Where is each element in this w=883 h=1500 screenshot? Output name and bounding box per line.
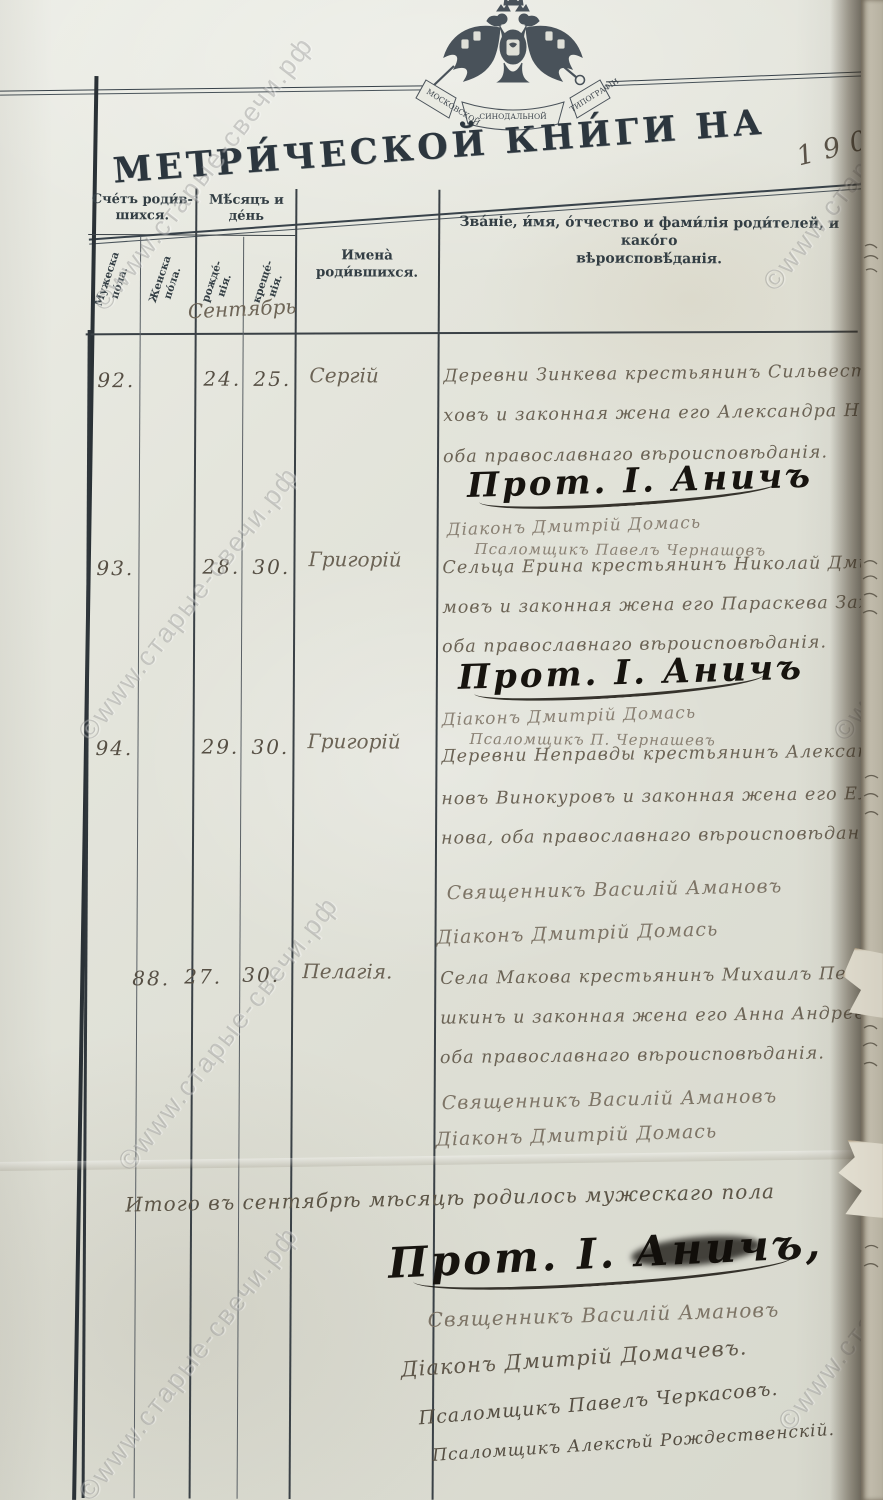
male-count-cell: 93. [96, 556, 134, 580]
birth-day-cell: 29. [201, 735, 239, 759]
column-line [134, 330, 141, 1498]
parents-text: шкинъ и законная жена его Анна Андреев- [440, 1003, 883, 1028]
summary-signature: Псаломщикъ Алексѣй Рождественскій. [432, 1420, 836, 1466]
baptism-day-cell: 30. [251, 735, 289, 759]
col-male: Мужеска по́ла. [91, 247, 136, 316]
handwriting-fragment [862, 555, 880, 625]
col-names: Имена̀ роди́вшихся. [298, 247, 436, 281]
baptism-day-cell: 30. [252, 555, 290, 579]
col-group-births-count: Сче́тъ роди́в-шихся. [90, 192, 194, 225]
book-gutter-shadow [830, 0, 863, 1500]
parents-text: Села Макова крестьянинъ Михаилъ Петровъ- [440, 963, 883, 989]
birth-day-cell: 24. [203, 367, 241, 391]
parents-text: нова, оба православнаго вѣроисповѣданія. [441, 823, 883, 848]
male-count-cell: 94. [95, 736, 133, 760]
col-group-month-day: Мѣ́сяцъ и де́нь [198, 193, 294, 226]
handwriting-fragment [862, 1020, 880, 1080]
top-rule-left [0, 85, 424, 95]
baptism-day-cell: 25. [253, 367, 291, 391]
metrical-book-page-photo: МОСКОВСКОЙ СИНОДАЛЬНОЙ ТИПОГРАФІИ МЕТРИ́… [0, 0, 883, 1500]
child-name-cell: Григорій [307, 729, 400, 753]
handwriting-fragment [863, 770, 881, 830]
summary-signature: Псаломщикъ Павелъ Черкасовъ. [418, 1378, 779, 1429]
deacon-signature: Діаконъ Дмитрій Домась [441, 703, 696, 731]
parents-text: Деревни Зинкева крестьянинъ Сильвестръ П… [443, 360, 883, 386]
header-group-separator [88, 234, 295, 236]
child-name-cell: Сергій [309, 363, 378, 387]
column-line [289, 331, 297, 1499]
baptism-day-cell: 30. [242, 963, 280, 987]
handwriting-fragment [863, 240, 881, 280]
column-line [237, 331, 244, 1499]
child-name-cell: Пелагія. [302, 959, 392, 983]
month-annotation: Сентябрь [187, 294, 296, 323]
birth-day-cell: 28. [202, 555, 240, 579]
summary-totals-line: Итого въ сентябрѣ мѣсяцѣ родилось мужеск… [125, 1179, 775, 1217]
facing-page-sliver [861, 0, 883, 1500]
handwriting-fragment [863, 1240, 881, 1280]
parents-text: новъ Винокуровъ и законная жена его Елис… [441, 783, 883, 809]
col-female: Женска по́ла. [144, 247, 189, 316]
column-line [189, 331, 197, 1499]
header-divider [140, 236, 141, 330]
register-table: Сче́тъ роди́в-шихся. Мѣ́сяцъ и де́нь Муж… [82, 188, 871, 1500]
summary-priest-signature: Прот. І. Аничъ, [387, 1218, 824, 1287]
parents-text: мовъ и законная жена его Параскева Захар… [442, 592, 883, 618]
header-divider [438, 190, 441, 332]
summary-signature: Діаконъ Дмитрій Домачевъ. [400, 1335, 748, 1381]
col-parents-line2: вѣроисповѣ́данія. [442, 250, 856, 270]
parents-text: оба православнаго вѣроисповѣданія. [440, 1043, 825, 1068]
deacon-signature: Діаконъ Дмитрій Домась [436, 918, 718, 948]
male-count-cell: 92. [97, 368, 135, 392]
female-count-cell: 88. [132, 966, 170, 990]
parents-text: ховъ и законная жена его Александра Нико… [443, 400, 883, 426]
deacon-signature: Діаконъ Дмитрій Домась [446, 513, 701, 541]
child-name-cell: Григорій [308, 547, 401, 571]
priest-signature: Священникъ Василій Амановъ [441, 1085, 777, 1114]
birth-day-cell: 27. [184, 964, 222, 988]
deacon-signature: Діаконъ Дмитрій Домась [435, 1120, 717, 1150]
header-bottom-rule [86, 331, 858, 335]
priest-signature: Священникъ Василій Амановъ [447, 875, 783, 904]
summary-signature: Священникъ Василій Амановъ [427, 1297, 779, 1331]
col-parents-line1: Зва́ніе, и́мя, о́тчество и фами́лія роди… [442, 214, 856, 251]
